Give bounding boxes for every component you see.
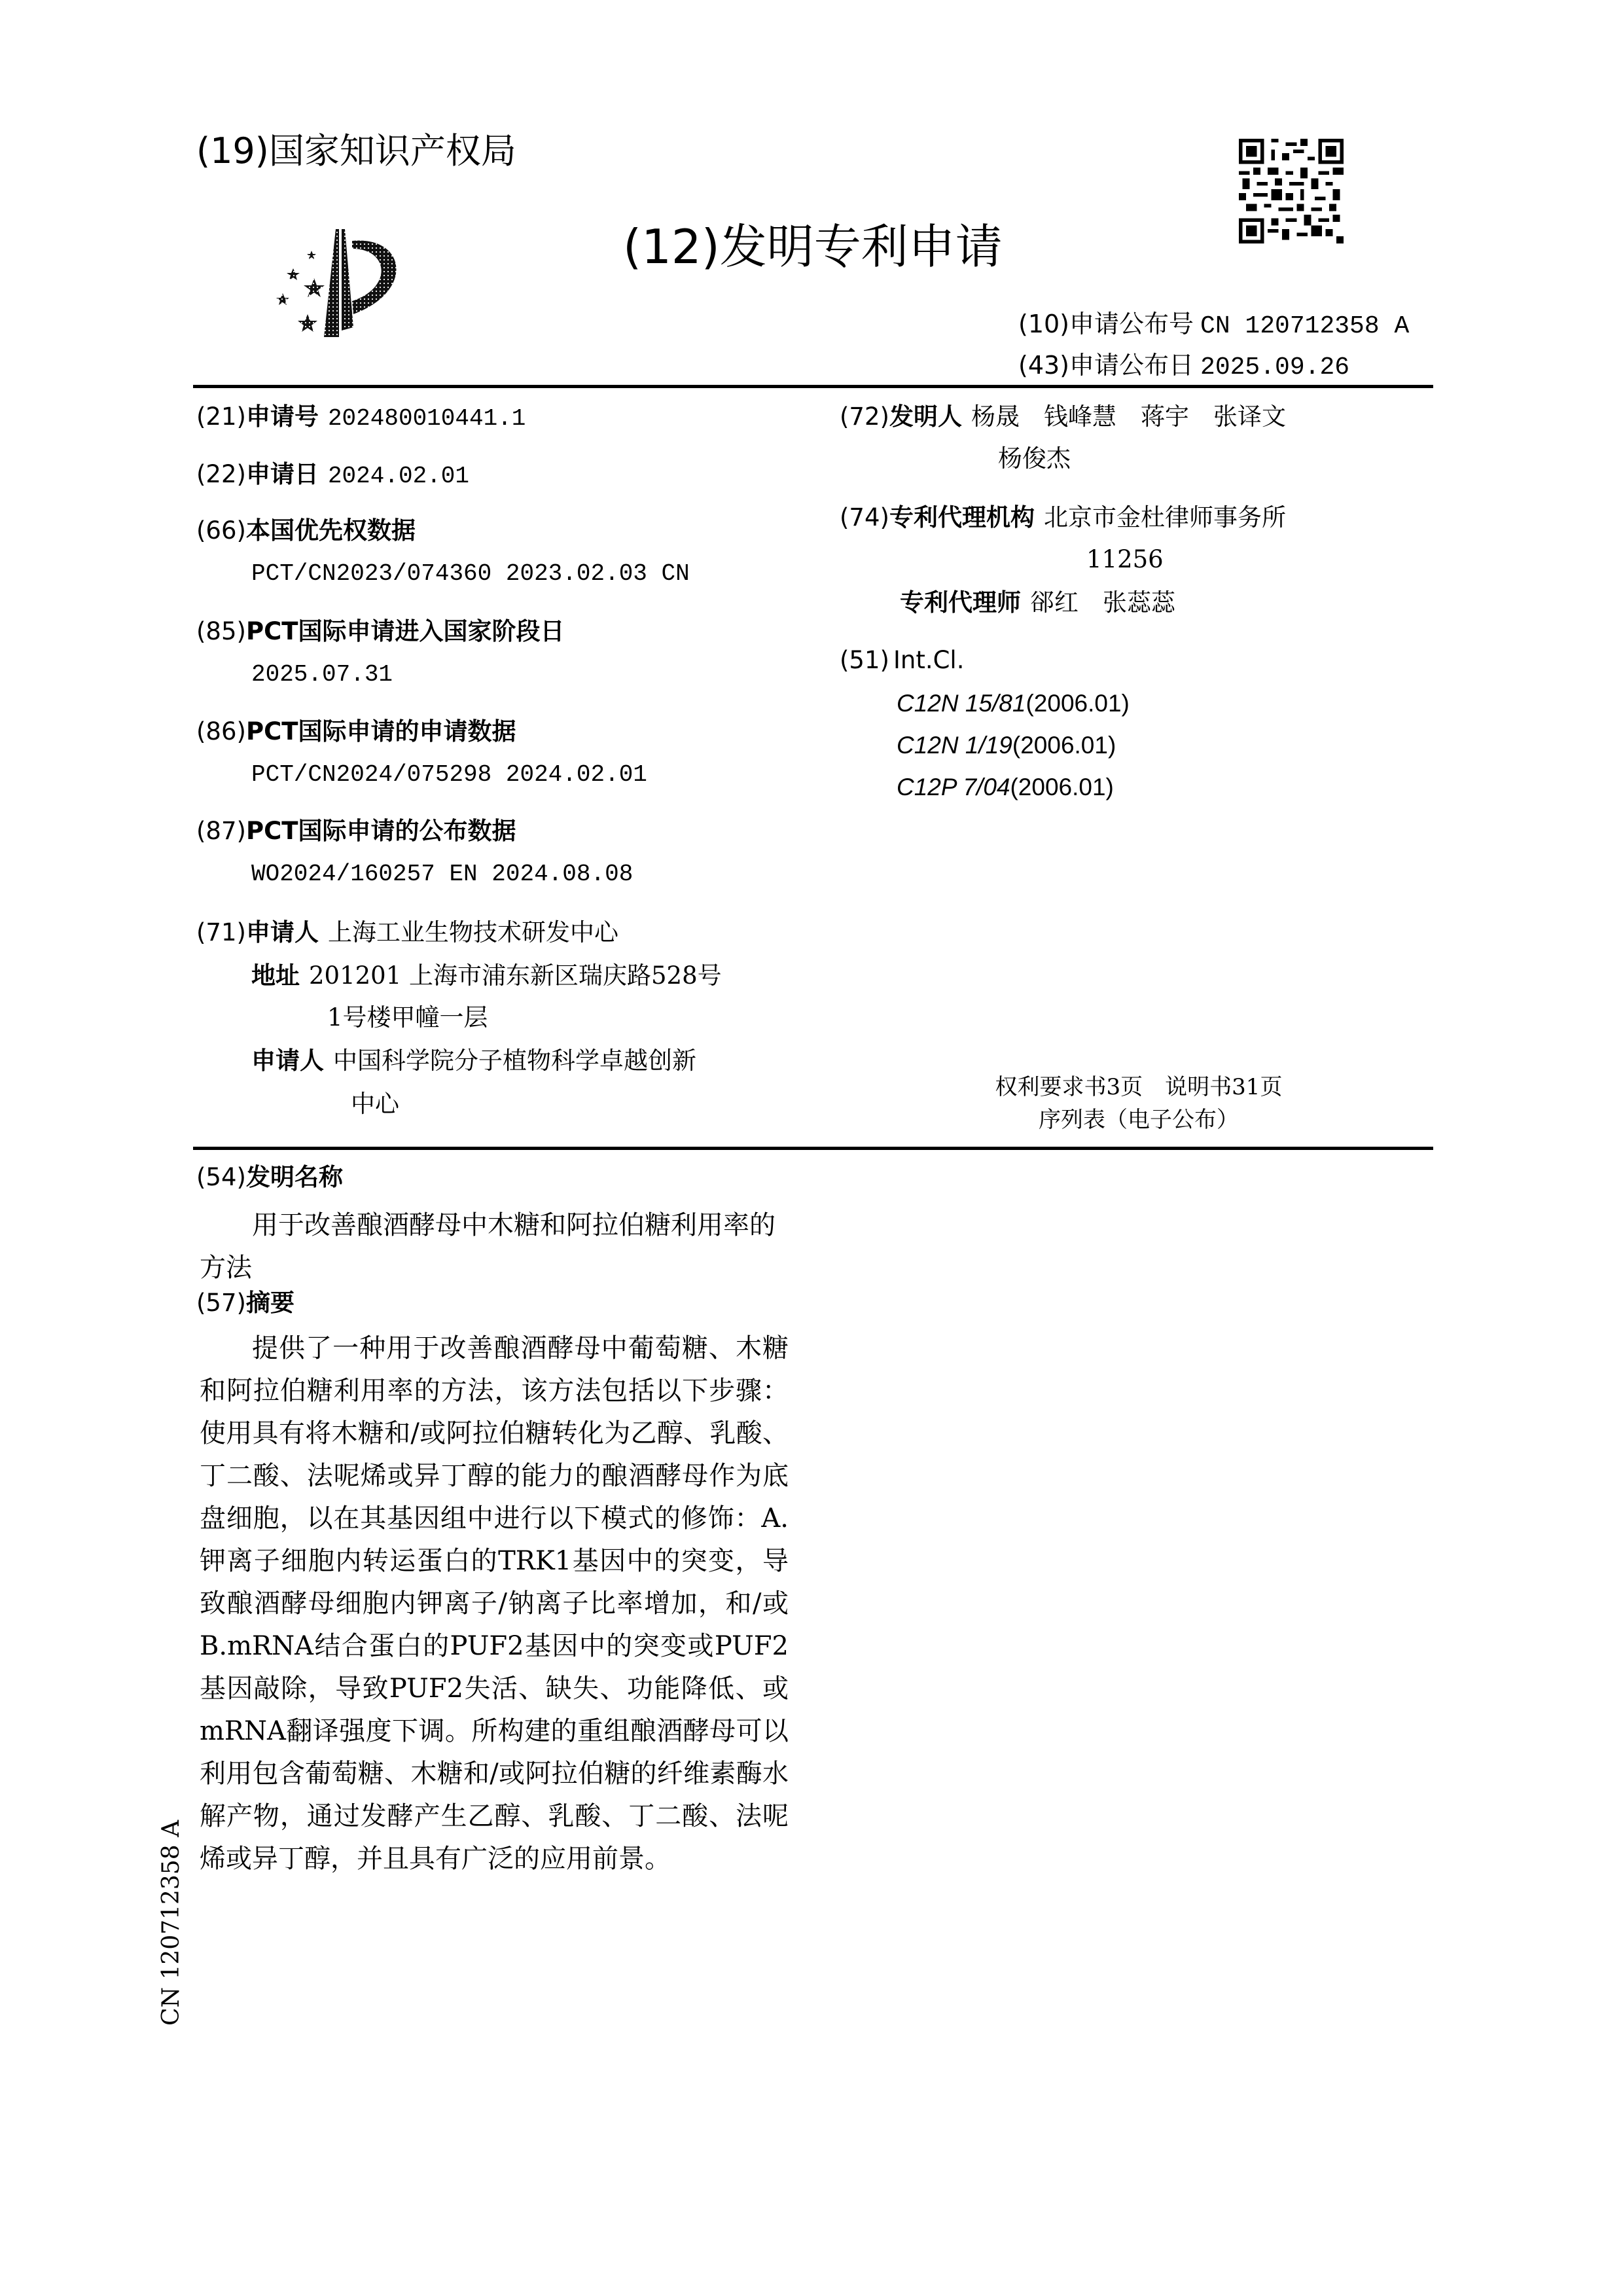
ipc-class-1: C12N 15/81(2006.01)	[897, 687, 1130, 720]
page-counts: 权利要求书3页 说明书31页	[942, 1071, 1335, 1103]
field-inventors: (72)发明人杨晟 钱峰慧 蒋宇 张译文	[840, 401, 1286, 433]
publication-number-label: (10)申请公布号	[1018, 310, 1194, 338]
ipc-class-2: C12N 1/19(2006.01)	[897, 729, 1116, 762]
pct-publication-value: WO2024/160257 EN 2024.08.08	[251, 858, 633, 891]
inventors-line-2: 杨俊杰	[998, 442, 1071, 475]
cnipa-logo-icon	[268, 223, 419, 340]
field-ipc: (51)Int.Cl.	[840, 644, 964, 677]
applicant-2-line-2: 中心	[351, 1088, 399, 1121]
field-application-number: (21)申请号202480010441.1	[196, 401, 526, 435]
publication-date: 2025.09.26	[1200, 353, 1349, 382]
abstract-text: 提供了一种用于改善酿酒酵母中葡萄糖、木糖和阿拉伯糖利用率的方法，该方法包括以下步…	[200, 1327, 789, 1880]
publication-number: CN 120712358 A	[1200, 312, 1409, 340]
field-address: 地址201201 上海市浦东新区瑞庆路528号	[251, 960, 722, 992]
publication-date-label: (43)申请公布日	[1018, 351, 1194, 380]
address-line-2: 1号楼甲幢一层	[327, 1001, 488, 1034]
pct-application-value: PCT/CN2024/075298 2024.02.01	[251, 759, 647, 791]
publication-date-row: (43)申请公布日2025.09.26	[1018, 349, 1349, 384]
field-filing-date: (22)申请日2024.02.01	[196, 458, 469, 493]
section-divider	[193, 1147, 1433, 1150]
field-invention-title: (54)发明名称	[196, 1161, 343, 1194]
header-divider	[193, 385, 1433, 388]
agency-code: 11256	[1086, 543, 1164, 576]
priority-value: PCT/CN2023/074360 2023.02.03 CN	[251, 558, 690, 590]
field-pct-publication: (87)PCT国际申请的公布数据	[196, 815, 516, 848]
field-agents: 专利代理师郤红 张蕊蕊	[900, 586, 1175, 619]
qr-code-icon[interactable]	[1239, 139, 1344, 243]
document-type-title: (12)发明专利申请	[623, 217, 1003, 276]
field-pct-application: (86)PCT国际申请的申请数据	[196, 715, 516, 748]
field-agency: (74)专利代理机构北京市金杜律师事务所	[840, 501, 1286, 534]
ipc-class-3: C12P 7/04(2006.01)	[897, 771, 1114, 804]
field-priority: (66)本国优先权数据	[196, 514, 416, 547]
field-pct-national-phase: (85)PCT国际申请进入国家阶段日	[196, 615, 564, 648]
field-abstract: (57)摘要	[196, 1287, 294, 1319]
field-applicant-2: 申请人中国科学院分子植物科学卓越创新	[251, 1045, 696, 1077]
publication-number-row: (10)申请公布号CN 120712358 A	[1018, 308, 1409, 343]
side-publication-number: CN 120712358 A	[158, 1816, 185, 2026]
pct-national-phase-value: 2025.07.31	[251, 658, 393, 691]
issuing-office: (19)国家知识产权局	[196, 128, 516, 174]
sequence-listing-note: 序列表（电子公布）	[942, 1103, 1335, 1136]
field-applicant: (71)申请人上海工业生物技术研发中心	[196, 916, 618, 949]
invention-title: 用于改善酿酒酵母中木糖和阿拉伯糖利用率的方法	[200, 1204, 789, 1289]
